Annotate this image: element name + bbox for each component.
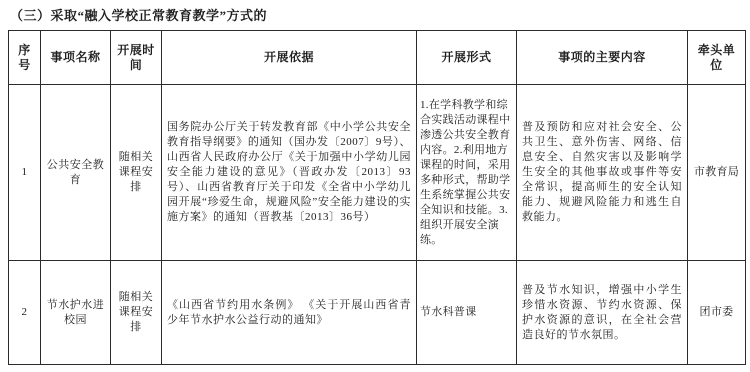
col-header-form: 开展形式 <box>417 31 517 85</box>
cell-item-name: 公共安全教育 <box>41 85 111 261</box>
cell-basis: 国务院办公厅关于转发教育部《中小学公共安全教育指导纲要》的通知（国办发〔2007… <box>162 85 417 261</box>
col-header-content: 事项的主要内容 <box>517 31 688 85</box>
cell-item-name: 节水护水进校园 <box>41 261 111 365</box>
cell-time: 随相关课程安排 <box>111 85 162 261</box>
cell-index: 1 <box>9 85 41 261</box>
document-page: （三）采取“融入学校正常教育教学”方式的 序号 事项名称 开展时间 开展依据 开… <box>0 0 750 372</box>
col-header-basis: 开展依据 <box>162 31 417 85</box>
cell-content: 普及节水知识，增强中小学生珍惜水资源、节约水资源、保护水资源的意识，在全社会营造… <box>517 261 688 365</box>
col-header-lead: 牵头单位 <box>688 31 746 85</box>
cell-form: 1.在学科教学和综合实践活动课程中渗透公共安全教育内容。2.利用地方课程的时间，… <box>417 85 517 261</box>
section-title: （三）采取“融入学校正常教育教学”方式的 <box>10 5 267 24</box>
table-row: 2 节水护水进校园 随相关课程安排 《山西省节约用水条例》 《关于开展山西省青少… <box>9 261 746 365</box>
col-header-name: 事项名称 <box>41 31 111 85</box>
col-header-index: 序号 <box>9 31 41 85</box>
table-header-row: 序号 事项名称 开展时间 开展依据 开展形式 事项的主要内容 牵头单位 <box>9 31 746 85</box>
cell-lead-unit: 市教育局 <box>688 85 746 261</box>
col-header-time: 开展时间 <box>111 31 162 85</box>
table-row: 1 公共安全教育 随相关课程安排 国务院办公厅关于转发教育部《中小学公共安全教育… <box>9 85 746 261</box>
cell-content: 普及预防和应对社会安全、公共卫生、意外伤害、网络、信息安全、自然灾害以及影响学生… <box>517 85 688 261</box>
cell-time: 随相关课程安排 <box>111 261 162 365</box>
cell-form: 节水科普课 <box>417 261 517 365</box>
schedule-table: 序号 事项名称 开展时间 开展依据 开展形式 事项的主要内容 牵头单位 1 公共… <box>8 30 746 365</box>
cell-index: 2 <box>9 261 41 365</box>
cell-lead-unit: 团市委 <box>688 261 746 365</box>
cell-basis: 《山西省节约用水条例》 《关于开展山西省青少年节水护水公益行动的通知》 <box>162 261 417 365</box>
